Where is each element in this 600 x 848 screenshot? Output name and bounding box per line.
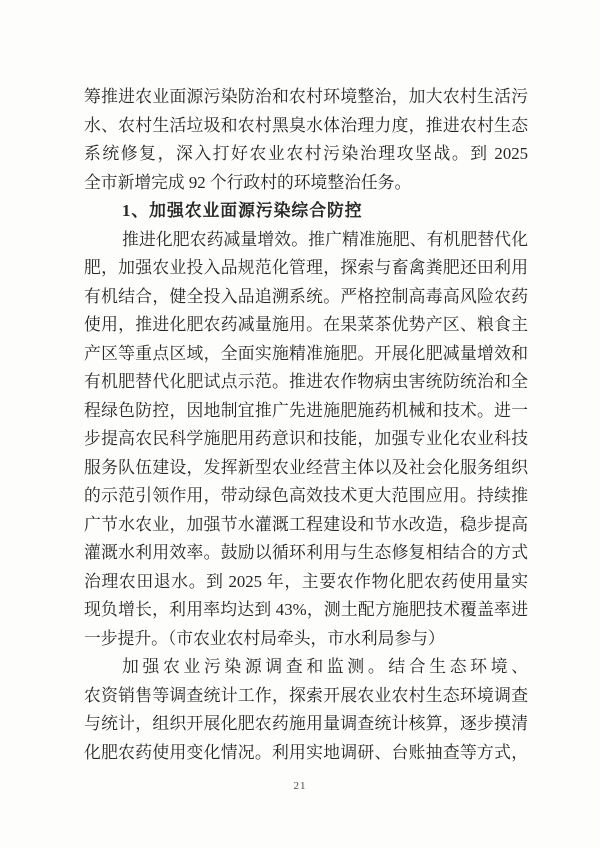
- paragraph-line: 现负增长，利用率均达到 43%，测土配方施肥技术覆盖率进: [84, 596, 528, 625]
- paragraph-line: 农资销售等调查统计工作，探索开展农业农村生态环境调查: [84, 682, 528, 711]
- paragraph-line: 广节水农业，加强节水灌溉工程建设和节水改造，稳步提高: [84, 511, 528, 540]
- paragraph-line: 化肥农药使用变化情况。利用实地调研、台账抽查等方式，: [84, 739, 528, 768]
- paragraph-line: 的示范引领作用，带动绿色高效技术更大范围应用。持续推: [84, 482, 528, 511]
- paragraph-line: 灌溉水利用效率。鼓励以循环利用与生态修复相结合的方式: [84, 539, 528, 568]
- paragraph-line: 有机肥替代化肥试点示范。推进农作物病虫害统防统治和全: [84, 368, 528, 397]
- section-heading: 1、加强农业面源污染综合防控: [84, 197, 528, 226]
- document-page: 筹推进农业面源污染防治和农村环境整治，加大农村生活污 水、农村生活垃圾和农村黑臭…: [0, 0, 600, 848]
- paragraph-line: 推进化肥农药减量增效。推广精准施肥、有机肥替代化: [84, 226, 528, 255]
- paragraph-line: 步提高农民科学施肥用药意识和技能，加强专业化农业科技: [84, 425, 528, 454]
- paragraph-line: 服务队伍建设，发挥新型农业经营主体以及社会化服务组织: [84, 454, 528, 483]
- page-number: 21: [0, 780, 600, 792]
- paragraph-line: 全市新增完成 92 个行政村的环境整治任务。: [84, 169, 528, 198]
- paragraph-line: 系统修复，深入打好农业农村污染治理攻坚战。到 2025 年，: [84, 140, 528, 169]
- paragraph-line: 一步提升。（市农业农村局牵头，市水利局参与）: [84, 625, 528, 654]
- paragraph-line: 有机结合，健全投入品追溯系统。严格控制高毒高风险农药: [84, 283, 528, 312]
- paragraph-line: 肥，加强农业投入品规范化管理，探索与畜禽粪肥还田利用: [84, 254, 528, 283]
- paragraph-line: 程绿色防控，因地制宜推广先进施肥施药机械和技术。进一: [84, 397, 528, 426]
- text-block: 筹推进农业面源污染防治和农村环境整治，加大农村生活污 水、农村生活垃圾和农村黑臭…: [84, 83, 528, 767]
- paragraph-line: 治理农田退水。到 2025 年，主要农作物化肥农药使用量实: [84, 568, 528, 597]
- paragraph-line: 加强农业污染源调查和监测。结合生态环境、农业生产、: [84, 653, 528, 682]
- paragraph-line: 筹推进农业面源污染防治和农村环境整治，加大农村生活污: [84, 83, 528, 112]
- paragraph-line: 水、农村生活垃圾和农村黑臭水体治理力度，推进农村生态: [84, 112, 528, 141]
- paragraph-line: 产区等重点区域，全面实施精准施肥。开展化肥减量增效和: [84, 340, 528, 369]
- paragraph-line: 与统计，组织开展化肥农药施用量调查统计核算，逐步摸清: [84, 710, 528, 739]
- paragraph-line: 使用，推进化肥农药减量施用。在果菜茶优势产区、粮食主: [84, 311, 528, 340]
